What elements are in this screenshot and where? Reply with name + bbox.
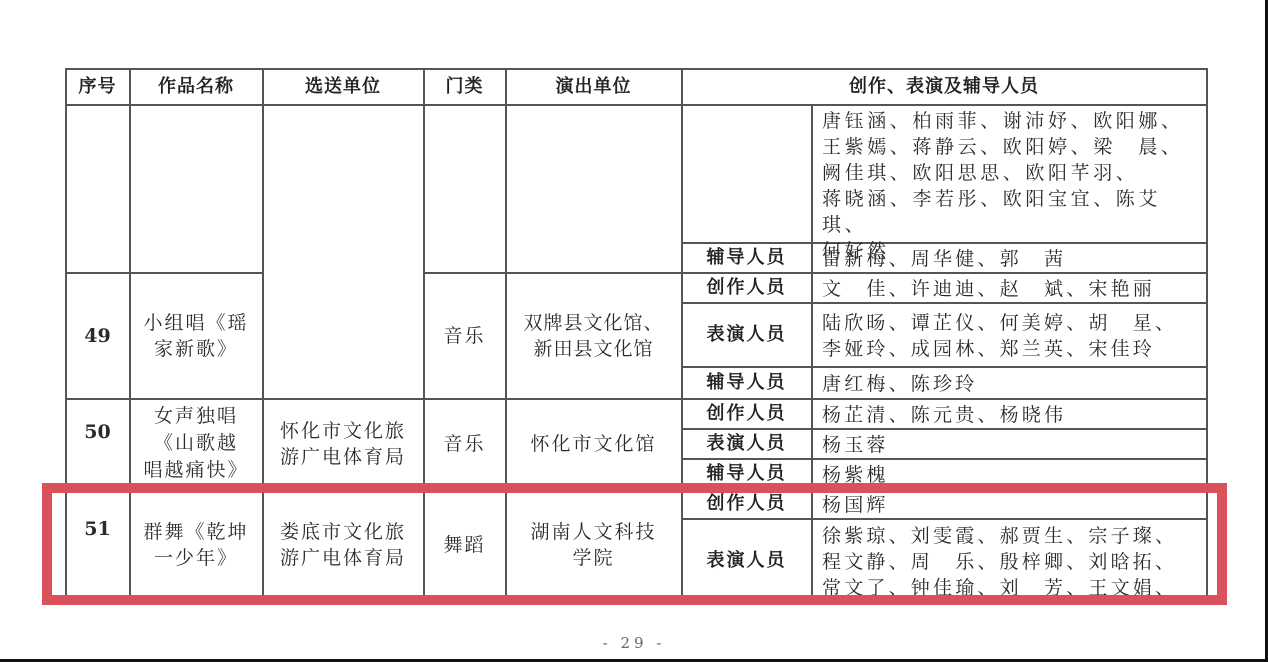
role-label-performers: 表演人员: [682, 519, 811, 603]
creators-names: 杨国辉: [812, 489, 1206, 518]
work-title: 女声独唱 《山歌越 唱越痛快》: [130, 399, 262, 488]
advisors-names: 唐红梅、陈珍玲: [812, 367, 1206, 398]
role-label-creators: 创作人员: [682, 273, 811, 302]
advisors-names: 杨紫槐: [812, 459, 1206, 488]
role-label-advisors: 辅导人员: [682, 367, 811, 398]
performer-unit: 双牌县文化馆、 新田县文化馆: [506, 273, 681, 398]
role-label-performers: 表演人员: [682, 303, 811, 366]
role-label-creators: 创作人员: [682, 489, 811, 518]
page-margin: [0, 605, 1260, 630]
work-title: 群舞《乾坤 一少年》: [130, 489, 262, 601]
advisors-names: 雷新梅、周华健、郭 茜: [812, 243, 1206, 272]
role-label-performers: 表演人员: [682, 429, 811, 458]
row-number: 50: [66, 399, 129, 465]
performer-unit: 怀化市文化馆: [506, 399, 681, 488]
category: 舞蹈: [424, 489, 505, 601]
page-number: - 29 -: [0, 634, 1268, 652]
role-label-advisors: 辅导人员: [682, 459, 811, 488]
role-label-creators: 创作人员: [682, 399, 811, 428]
header-submitter: 选送单位: [263, 69, 423, 104]
role-label-advisors: 辅导人员: [682, 243, 811, 272]
header-staff: 创作、表演及辅导人员: [682, 69, 1206, 104]
performers-names: 唐钰涵、柏雨菲、谢沛妤、欧阳娜、 王紫嫣、蒋静云、欧阳婷、梁 晨、 阙佳琪、欧阳…: [812, 106, 1206, 242]
performers-names: 徐紫琼、刘雯霞、郝贾生、宗子璨、 程文静、周 乐、殷梓卿、刘晗拓、 常文了、钟佳…: [812, 519, 1206, 599]
row-number: 49: [66, 273, 129, 398]
row-number: 51: [66, 489, 129, 569]
performer-unit: 湖南人文科技 学院: [506, 489, 681, 601]
header-category: 门类: [424, 69, 505, 104]
category: 音乐: [424, 273, 505, 398]
performers-names: 陆欣旸、谭芷仪、何美婷、胡 星、 李娅玲、成园林、郑兰英、宋佳玲: [812, 303, 1206, 366]
category: 音乐: [424, 399, 505, 488]
performers-names: 杨玉蓉: [812, 429, 1206, 458]
submitter-unit: 娄底市文化旅 游广电体育局: [263, 489, 423, 601]
work-title: 小组唱《瑶 家新歌》: [130, 273, 262, 398]
table-border-right: [1206, 68, 1208, 598]
header-performer-unit: 演出单位: [506, 69, 681, 104]
header-title: 作品名称: [130, 69, 262, 104]
header-no: 序号: [66, 69, 129, 104]
creators-names: 文 佳、许迪迪、赵 斌、宋艳丽: [812, 273, 1206, 302]
creators-names: 杨芷清、陈元贵、杨晓伟: [812, 399, 1206, 428]
